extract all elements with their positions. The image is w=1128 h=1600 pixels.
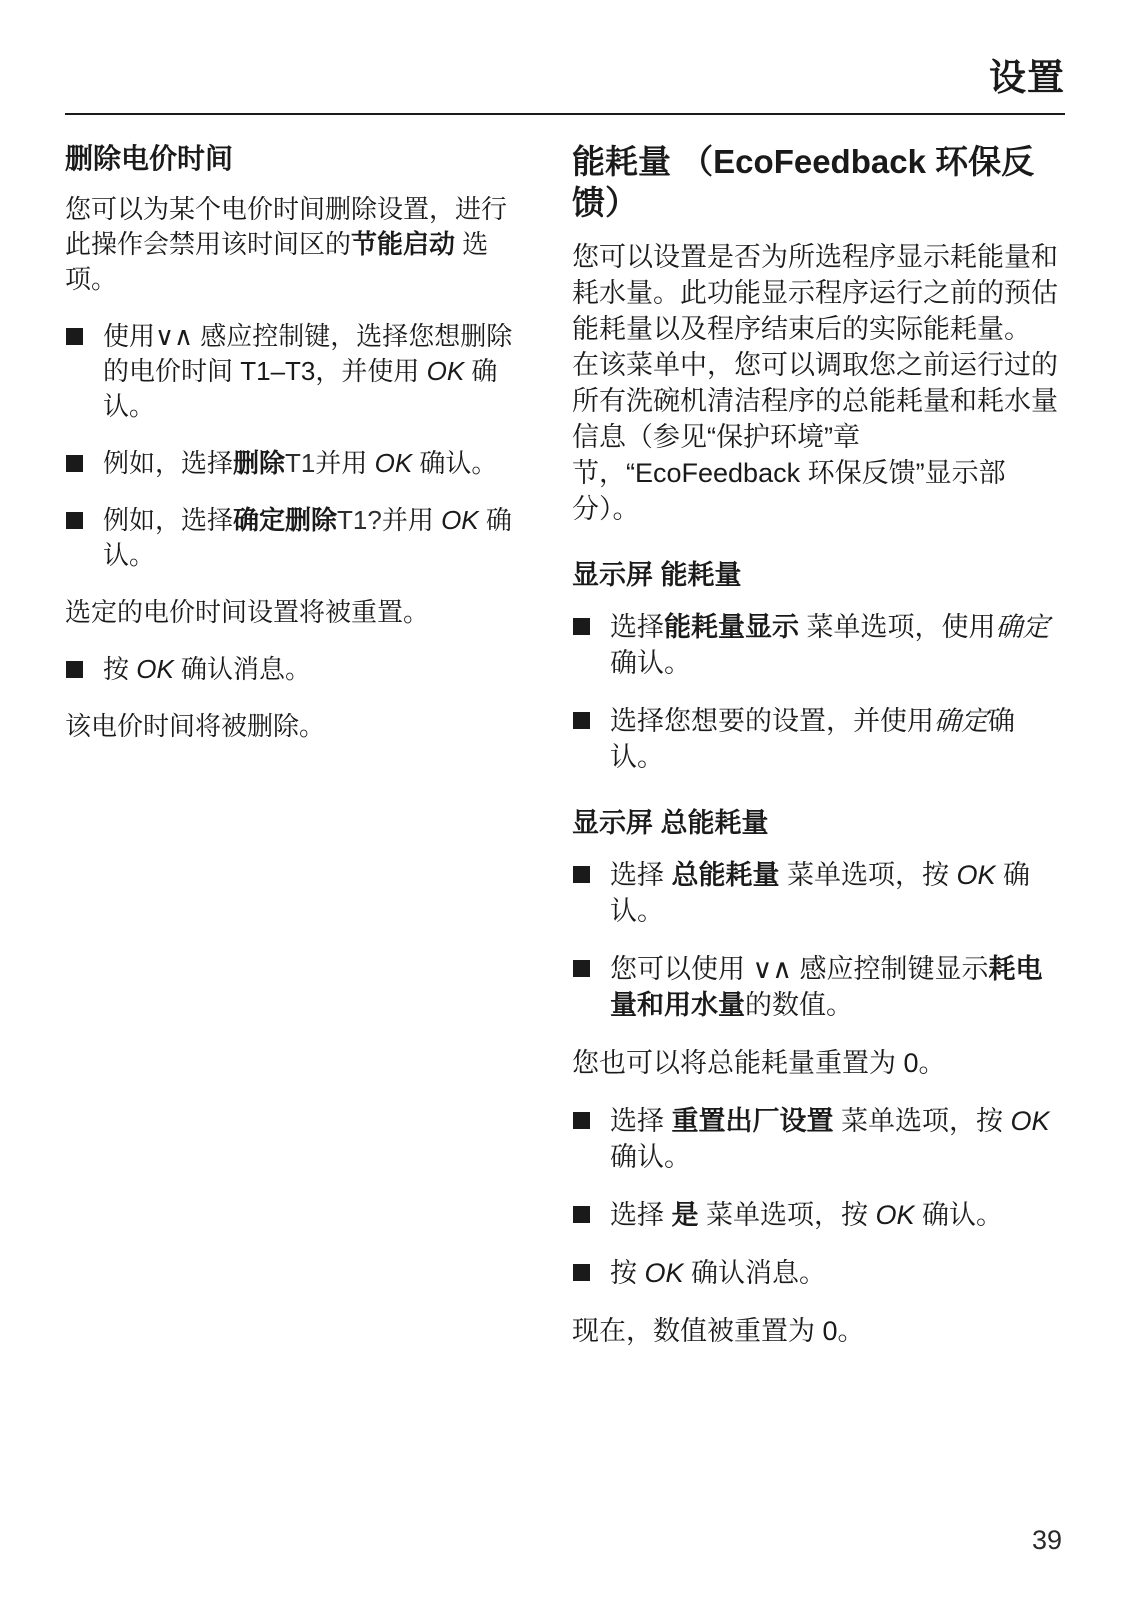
key-name: 确定 <box>996 612 1050 642</box>
text-run: 选择 <box>610 1106 672 1136</box>
key-name: OK <box>957 860 996 890</box>
bullet-marker <box>572 609 610 681</box>
menu-item-text: 能耗量显示 <box>664 612 799 642</box>
text-run: 确认消息。 <box>174 654 311 684</box>
text-run: 选择 <box>610 1200 672 1230</box>
manual-page: 设置 删除电价时间 您可以为某个电价时间删除设置，进行此操作会禁用该时间区的节能… <box>0 0 1128 1371</box>
bullet-text: 按 OK 确认消息。 <box>103 652 517 687</box>
text-run: 您可以使用 ∨∧ 感应控制键显示 <box>610 954 989 984</box>
text-run: 确认。 <box>915 1200 1004 1230</box>
bullet-marker <box>572 857 610 929</box>
paragraph: 在该菜单中，您可以调取您之前运行过的所有洗碗机清洁程序的总能耗量和耗水量信息（参… <box>572 347 1065 527</box>
paragraph: 现在，数值被重置为 0。 <box>572 1313 1065 1349</box>
text-run: 菜单选项，按 <box>699 1200 876 1230</box>
bullet-item: 按 OK 确认消息。 <box>572 1255 1065 1291</box>
bullet-item: 按 OK 确认消息。 <box>65 652 517 687</box>
page-title: 设置 <box>65 58 1065 99</box>
text-run: 确认。 <box>610 1142 691 1172</box>
bullet-text: 例如，选择删除T1并用 OK 确认。 <box>103 446 517 481</box>
key-name: OK <box>441 505 479 535</box>
bullet-text: 您可以使用 ∨∧ 感应控制键显示耗电量和用水量的数值。 <box>610 951 1065 1023</box>
menu-item-text: 总能耗量 <box>672 860 780 890</box>
bullet-text: 使用∨∧ 感应控制键，选择您想删除的电价时间 T1–T3，并使用 OK 确认。 <box>103 319 517 424</box>
menu-item-text: 是 <box>672 1200 699 1230</box>
menu-item-text: 重置出厂设置 <box>672 1106 834 1136</box>
bullet-marker <box>572 1255 610 1291</box>
text-run: 确认。 <box>412 448 497 478</box>
page-number: 39 <box>1032 1525 1062 1556</box>
key-name: OK <box>1011 1106 1050 1136</box>
text-run: 按 <box>103 654 136 684</box>
key-name: OK <box>136 654 174 684</box>
bullet-text: 选择您想要的设置，并使用确定确认。 <box>610 703 1065 775</box>
section-heading-ecofeedback: 能耗量 （EcoFeedback 环保反馈） <box>572 141 1065 223</box>
bullet-text: 选择 总能耗量 菜单选项，按 OK 确认。 <box>610 857 1065 929</box>
bullet-item: 例如，选择确定删除T1?并用 OK 确认。 <box>65 503 517 573</box>
bullet-item: 选择 重置出厂设置 菜单选项，按 OK 确认。 <box>572 1103 1065 1175</box>
text-run: 并用 <box>315 448 374 478</box>
bullet-text: 例如，选择确定删除T1?并用 OK 确认。 <box>103 503 517 573</box>
paragraph: 您可以为某个电价时间删除设置，进行此操作会禁用该时间区的节能启动 选项。 <box>65 192 517 297</box>
text-run: 例如，选择 <box>103 448 233 478</box>
right-column: 能耗量 （EcoFeedback 环保反馈） 您可以设置是否为所选程序显示耗能量… <box>572 141 1065 1371</box>
key-name: OK <box>645 1258 684 1288</box>
bullet-item: 使用∨∧ 感应控制键，选择您想删除的电价时间 T1–T3，并使用 OK 确认。 <box>65 319 517 424</box>
left-column: 删除电价时间 您可以为某个电价时间删除设置，进行此操作会禁用该时间区的节能启动 … <box>65 141 517 1371</box>
bullet-item: 选择 是 菜单选项，按 OK 确认。 <box>572 1197 1065 1233</box>
text-run: 确认。 <box>610 648 691 678</box>
text-run: 例如，选择 <box>103 505 233 535</box>
text-run: 选择您想要的设置，并使用 <box>610 706 934 736</box>
bullet-marker <box>65 503 103 573</box>
text-run: 选择 <box>610 612 664 642</box>
bullet-marker <box>572 1197 610 1233</box>
bullet-item: 选择能耗量显示 菜单选项，使用确定确认。 <box>572 609 1065 681</box>
text-run: 菜单选项，按 <box>834 1106 1011 1136</box>
bullet-item: 选择 总能耗量 菜单选项，按 OK 确认。 <box>572 857 1065 929</box>
key-name: OK <box>427 356 465 386</box>
text-run: 确认消息。 <box>684 1258 827 1288</box>
subsection-heading-display-consumption: 显示屏 能耗量 <box>572 557 1065 593</box>
key-name: OK <box>876 1200 915 1230</box>
menu-item-text: 节能启动 <box>351 229 455 259</box>
paragraph: 该电价时间将被删除。 <box>65 709 517 744</box>
display-value: T1? <box>337 505 382 535</box>
bullet-marker <box>65 319 103 424</box>
menu-item-text: 删除 <box>233 448 285 478</box>
text-run: 按 <box>610 1258 645 1288</box>
paragraph: 您也可以将总能耗量重置为 0。 <box>572 1045 1065 1081</box>
bullet-item: 您可以使用 ∨∧ 感应控制键显示耗电量和用水量的数值。 <box>572 951 1065 1023</box>
text-run: 菜单选项，按 <box>780 860 957 890</box>
text-run: 的数值。 <box>745 990 853 1020</box>
bullet-item: 例如，选择删除T1并用 OK 确认。 <box>65 446 517 481</box>
bullet-marker <box>572 951 610 1023</box>
bullet-text: 选择 重置出厂设置 菜单选项，按 OK 确认。 <box>610 1103 1065 1175</box>
key-name: OK <box>375 448 413 478</box>
bullet-marker <box>65 446 103 481</box>
bullet-item: 选择您想要的设置，并使用确定确认。 <box>572 703 1065 775</box>
bullet-marker <box>572 703 610 775</box>
bullet-text: 按 OK 确认消息。 <box>610 1255 1065 1291</box>
display-value: T1 <box>285 448 315 478</box>
bullet-text: 选择 是 菜单选项，按 OK 确认。 <box>610 1197 1065 1233</box>
bullet-marker <box>65 652 103 687</box>
subsection-heading-total-consumption: 显示屏 总能耗量 <box>572 805 1065 841</box>
paragraph: 您可以设置是否为所选程序显示耗能量和耗水量。此功能显示程序运行之前的预估能耗量以… <box>572 239 1065 347</box>
section-heading-delete-tariff: 删除电价时间 <box>65 141 517 176</box>
text-run: 选择 <box>610 860 672 890</box>
column-gap <box>517 141 572 1371</box>
paragraph: 选定的电价时间设置将被重置。 <box>65 595 517 630</box>
text-run: 菜单选项，使用 <box>799 612 996 642</box>
header-rule <box>65 113 1065 115</box>
menu-item-text: 确定删除 <box>233 505 337 535</box>
bullet-marker <box>572 1103 610 1175</box>
content-columns: 删除电价时间 您可以为某个电价时间删除设置，进行此操作会禁用该时间区的节能启动 … <box>65 141 1065 1371</box>
bullet-text: 选择能耗量显示 菜单选项，使用确定确认。 <box>610 609 1065 681</box>
text-run: 并用 <box>382 505 441 535</box>
key-name: 确定 <box>934 706 988 736</box>
